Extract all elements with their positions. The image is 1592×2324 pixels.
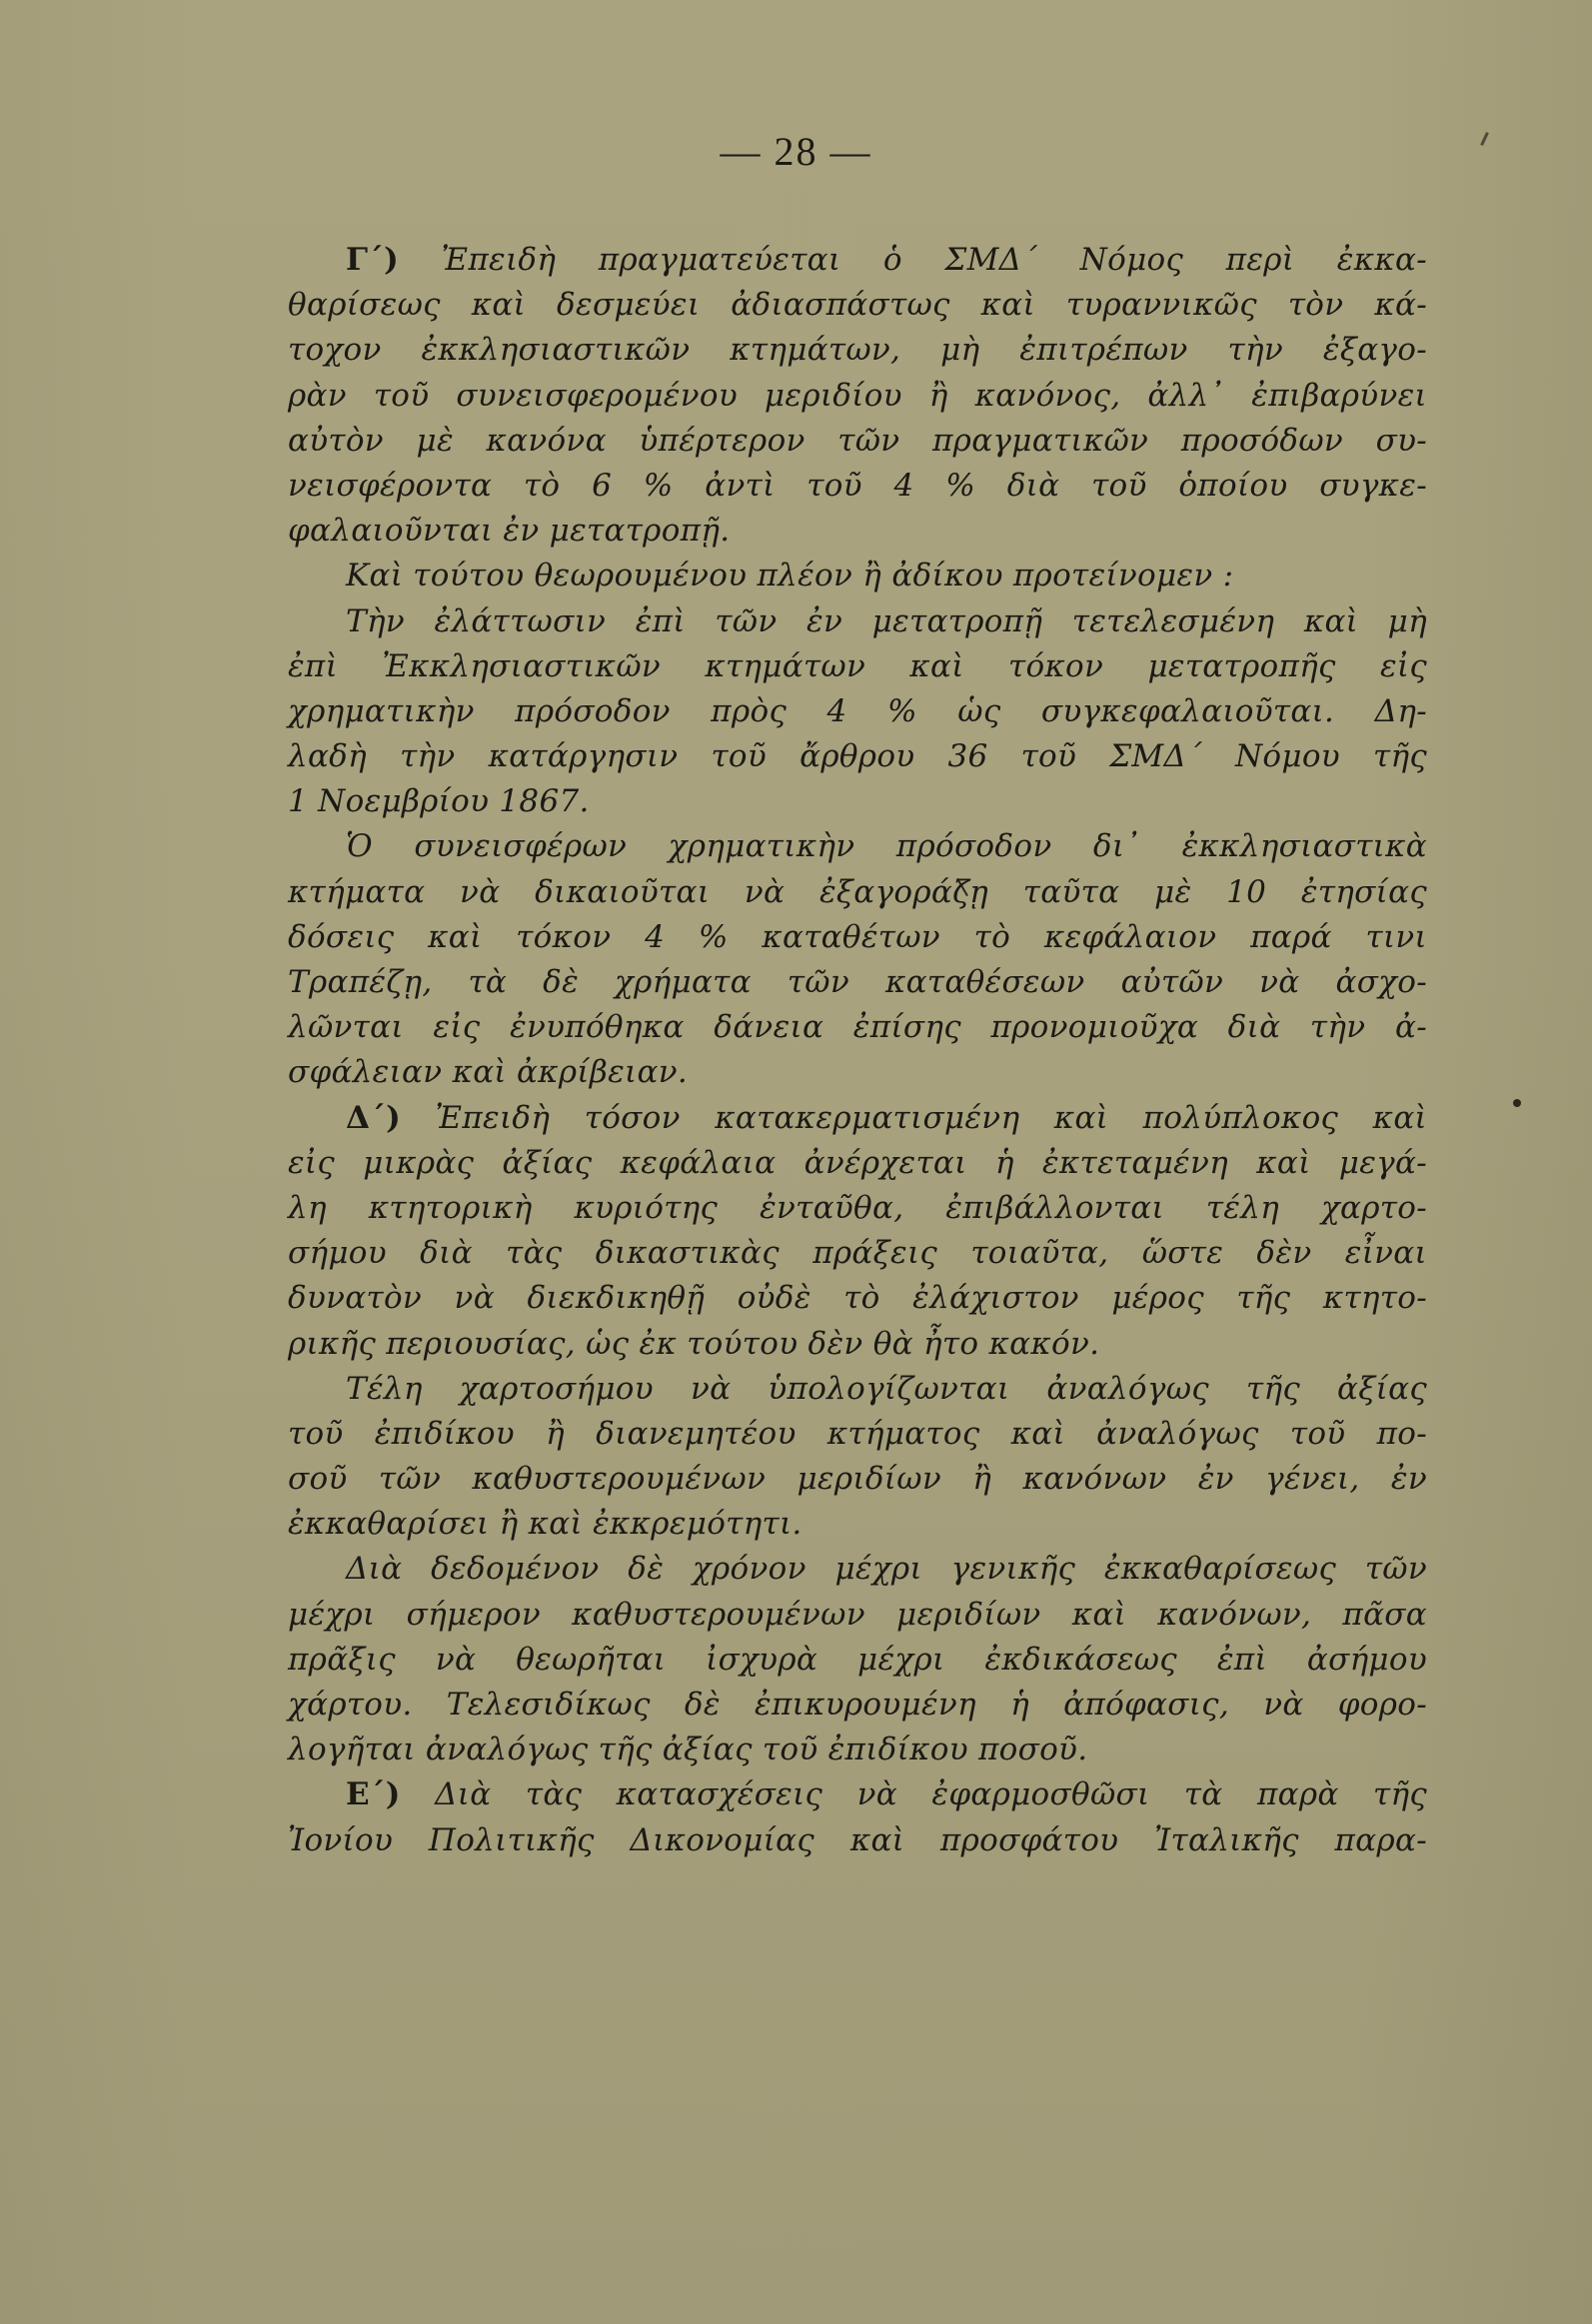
body-text: Γ΄) Ἐπειδὴ πραγματεύεται ὁ ΣΜΔ΄ Νόμος πε…: [288, 238, 1427, 1863]
text-line: λη κτητορικὴ κυριότης ἐνταῦθα, ἐπιβάλλον…: [288, 1186, 1427, 1231]
text-line: σήμου διὰ τὰς δικαστικὰς πράξεις τοιαῦτα…: [288, 1231, 1427, 1276]
text-line: εἰς μικρὰς ἀξίας κεφάλαια ἀνέρχεται ἡ ἐκ…: [288, 1141, 1427, 1186]
text-line: φαλαιοῦνται ἐν μετατροπῇ.: [288, 509, 1427, 554]
text-line: μέχρι σήμερον καθυστερουμένων μεριδίων κ…: [288, 1593, 1427, 1638]
text-line: λῶνται εἰς ἐνυπόθηκα δάνεια ἐπίσης προνο…: [288, 1005, 1427, 1050]
text-line: αὐτὸν μὲ κανόνα ὑπέρτερον τῶν πραγματικῶ…: [288, 419, 1427, 464]
text-line: νεισφέροντα τὸ 6 % ἀντὶ τοῦ 4 % διὰ τοῦ …: [288, 464, 1427, 509]
text-line: σοῦ τῶν καθυστερουμένων μεριδίων ἢ κανόν…: [288, 1457, 1427, 1502]
text-line: Τέλη χαρτοσήμου νὰ ὑπολογίζωνται ἀναλόγω…: [288, 1367, 1427, 1412]
text-line: Διὰ δεδομένον δὲ χρόνον μέχρι γενικῆς ἐκ…: [288, 1547, 1427, 1592]
paragraph-gamma-line-1: Γ΄) Ἐπειδὴ πραγματεύεται ὁ ΣΜΔ΄ Νόμος πε…: [288, 238, 1427, 283]
text-line: Καὶ τούτου θεωρουμένου πλέον ἢ ἀδίκου πρ…: [288, 554, 1427, 598]
section-marker-gamma: Γ΄): [346, 242, 399, 278]
text-line: Ἰονίου Πολιτικῆς Δικονομίας καὶ προσφάτο…: [288, 1818, 1427, 1863]
text-line: λαδὴ τὴν κατάργησιν τοῦ ἄρθρου 36 τοῦ ΣΜ…: [288, 734, 1427, 779]
margin-ink-dot: [1513, 1099, 1521, 1107]
text-line: χρηματικὴν πρόσοδον πρὸς 4 % ὡς συγκεφαλ…: [288, 689, 1427, 734]
text-line: θαρίσεως καὶ δεσμεύει ἀδιασπάστως καὶ τυ…: [288, 283, 1427, 328]
section-marker-delta: Δ΄): [346, 1100, 401, 1136]
paragraph-epsilon-line-1: Ε΄) Διὰ τὰς κατασχέσεις νὰ ἐφαρμοσθῶσι τ…: [288, 1772, 1427, 1817]
text-line: 1 Νοεμβρίου 1867.: [288, 779, 1427, 824]
text-line: τοῦ ἐπιδίκου ἢ διανεμητέου κτήματος καὶ …: [288, 1412, 1427, 1457]
paragraph-delta-line-1: Δ΄) Ἐπειδὴ τόσον κατακερματισμένη καὶ πο…: [288, 1096, 1427, 1141]
text-line: ρὰν τοῦ συνεισφερομένου μεριδίου ἢ κανόν…: [288, 374, 1427, 419]
text-line: ἐπὶ Ἐκκλησιαστικῶν κτημάτων καὶ τόκον με…: [288, 644, 1427, 689]
text-line: κτήματα νὰ δικαιοῦται νὰ ἐξαγοράζῃ ταῦτα…: [288, 870, 1427, 915]
text-line: δόσεις καὶ τόκον 4 % καταθέτων τὸ κεφάλα…: [288, 915, 1427, 960]
text-line: ἐκκαθαρίσει ἢ καὶ ἐκκρεμότητι.: [288, 1502, 1427, 1547]
text-line: χάρτου. Τελεσιδίκως δὲ ἐπικυρουμένη ἡ ἀπ…: [288, 1683, 1427, 1728]
text-line: σφάλειαν καὶ ἀκρίβειαν.: [288, 1050, 1427, 1095]
page-number: — 28 —: [0, 128, 1592, 175]
text-line: λογῆται ἀναλόγως τῆς ἀξίας τοῦ ἐπιδίκου …: [288, 1728, 1427, 1772]
text-line: τοχον ἐκκλησιαστικῶν κτημάτων, μὴ ἐπιτρέ…: [288, 328, 1427, 373]
text-line: Τὴν ἐλάττωσιν ἐπὶ τῶν ἐν μετατροπῇ τετελ…: [288, 599, 1427, 644]
text-line: ρικῆς περιουσίας, ὡς ἐκ τούτου δὲν θὰ ἦτ…: [288, 1322, 1427, 1367]
text-line: δυνατὸν νὰ διεκδικηθῇ οὐδὲ τὸ ἐλάχιστον …: [288, 1276, 1427, 1321]
text-line: πρᾶξις νὰ θεωρῆται ἰσχυρὰ μέχρι ἐκδικάσε…: [288, 1638, 1427, 1683]
section-marker-epsilon: Ε΄): [346, 1776, 401, 1812]
text-line: Τραπέζῃ, τὰ δὲ χρήματα τῶν καταθέσεων αὐ…: [288, 960, 1427, 1005]
text-line: Ὁ συνεισφέρων χρηματικὴν πρόσοδον δι᾽ ἐκ…: [288, 824, 1427, 869]
